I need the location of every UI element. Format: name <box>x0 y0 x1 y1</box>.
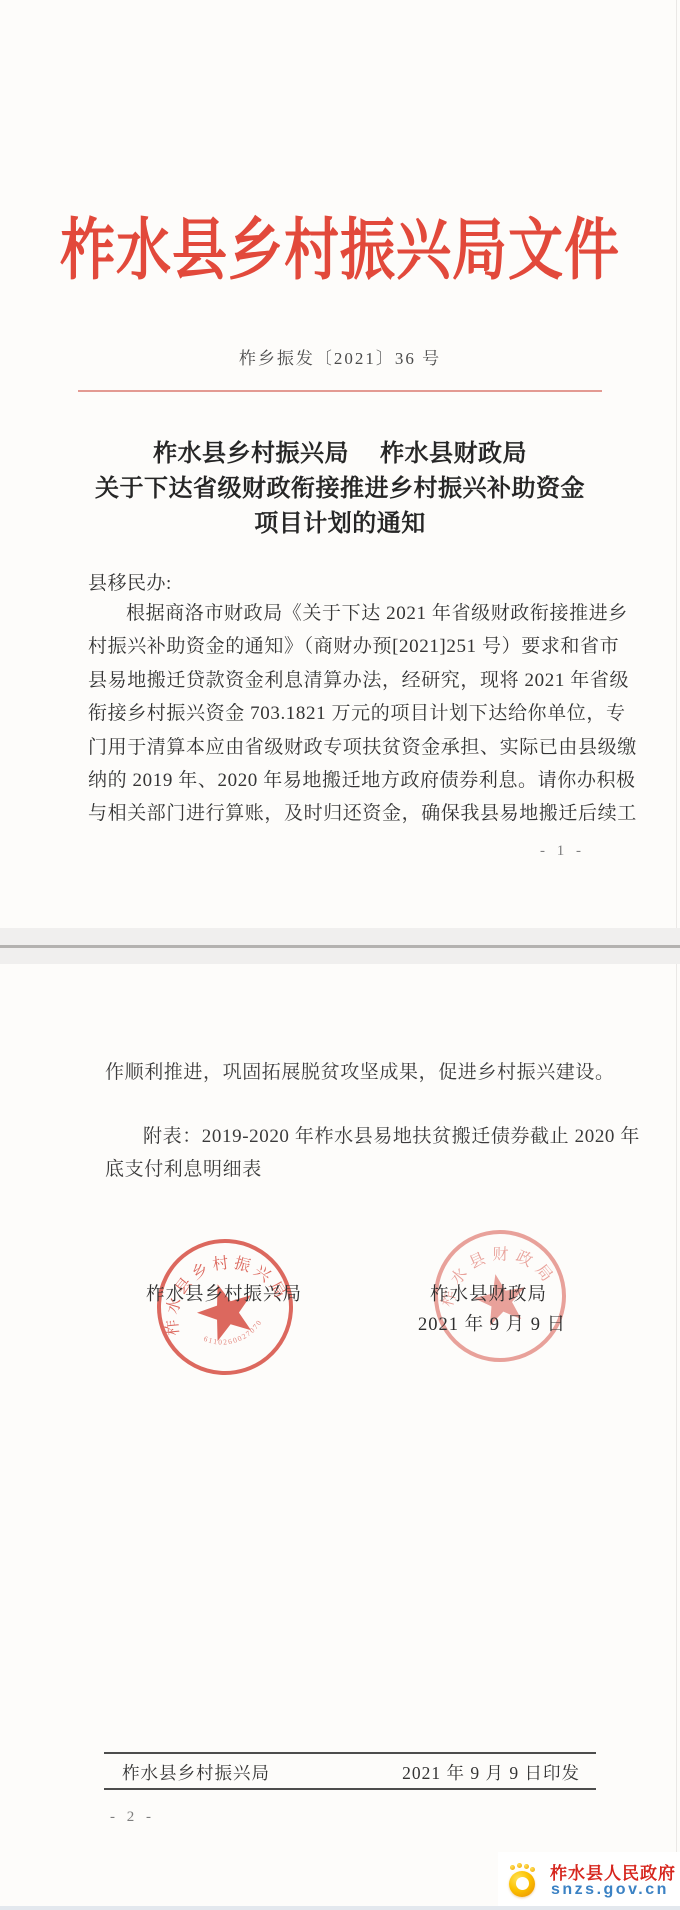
document-title: 柞水县乡村振兴局 柞水县财政局 关于下达省级财政衔接推进乡村振兴补助资金 项目计… <box>40 437 640 542</box>
attachment-note: 附表：2019-2020 年柞水县易地扶贫搬迁债券截止 2020 年 底支付利息… <box>105 1120 615 1187</box>
signature-date: 2021 年 9 月 9 日 <box>418 1310 566 1336</box>
right-signer-name: 柞水县财政局 <box>430 1280 547 1306</box>
footer-issuer: 柞水县乡村振兴局 <box>122 1760 270 1785</box>
logo-toe-dot <box>530 1867 535 1872</box>
footer-top-rule <box>104 1752 596 1754</box>
attachment-line: 底支付利息明细表 <box>105 1153 615 1186</box>
document-number: 柞乡振发〔2021〕36 号 <box>0 344 680 369</box>
footer-row: 柞水县乡村振兴局 2021 年 9 月 9 日印发 <box>104 1760 596 1782</box>
gov-site-badge: 柞水县人民政府 snzs.gov.cn <box>498 1852 680 1906</box>
title-line-3: 项目计划的通知 <box>40 507 640 542</box>
body-line: 与相关部门进行算账，及时归还资金，确保我县易地搬迁后续工 <box>88 797 600 830</box>
left-official-seal: 柞水县乡村振兴局 6110260027070 <box>150 1232 300 1382</box>
gov-logo-icon <box>507 1863 543 1899</box>
page-break-bar <box>0 945 680 948</box>
seal-graphic: 柞水县乡村振兴局 6110260027070 <box>150 1232 300 1382</box>
gov-site-url: snzs.gov.cn <box>551 1881 669 1899</box>
page-number-2: - 2 - <box>110 1809 155 1826</box>
document-header-banner: 柞水县乡村振兴局文件 <box>0 196 680 292</box>
red-divider-line <box>78 390 602 392</box>
body-line: 纳的 2019 年、2020 年易地搬迁地方政府债券利息。请你办积极 <box>88 764 600 797</box>
attachment-line: 附表：2019-2020 年柞水县易地扶贫搬迁债券截止 2020 年 <box>105 1120 615 1153</box>
title-line-1: 柞水县乡村振兴局 柞水县财政局 <box>40 437 640 472</box>
body-continuation-line: 作顺利推进，巩固拓展脱贫攻坚成果，促进乡村振兴建设。 <box>105 1057 615 1084</box>
body-line: 村振兴补助资金的通知》（商财办预[2021]251 号）要求和省市 <box>88 630 600 663</box>
page-break-separator <box>0 928 680 964</box>
footer-print-date: 2021 年 9 月 9 日印发 <box>402 1760 580 1785</box>
scanned-official-document: 柞水县乡村振兴局文件 柞乡振发〔2021〕36 号 柞水县乡村振兴局 柞水县财政… <box>0 0 680 1910</box>
body-line: 根据商洛市财政局《关于下达 2021 年省级财政衔接推进乡 <box>88 597 600 630</box>
footer-bottom-rule <box>104 1788 596 1790</box>
logo-toe-dot <box>510 1865 515 1870</box>
title-line-2: 关于下达省级财政衔接推进乡村振兴补助资金 <box>40 472 640 507</box>
logo-toe-dot <box>517 1863 522 1868</box>
body-line: 县易地搬迁贷款资金利息清算办法，经研究，现将 2021 年省级 <box>88 664 600 697</box>
page-number-1: - 1 - <box>540 843 585 860</box>
logo-toe-dot <box>524 1864 529 1869</box>
salutation: 县移民办: <box>88 568 172 595</box>
left-signer-name: 柞水县乡村振兴局 <box>146 1280 302 1306</box>
logo-ball <box>509 1871 535 1897</box>
body-paragraph: 根据商洛市财政局《关于下达 2021 年省级财政衔接推进乡 村振兴补助资金的通知… <box>88 597 600 831</box>
body-line: 门用于清算本应由省级财政专项扶贫资金承担、实际已由县级缴 <box>88 731 600 764</box>
bottom-edge-strip <box>0 1906 680 1910</box>
body-line: 衔接乡村振兴资金 703.1821 万元的项目计划下达给你单位，专 <box>88 697 600 730</box>
